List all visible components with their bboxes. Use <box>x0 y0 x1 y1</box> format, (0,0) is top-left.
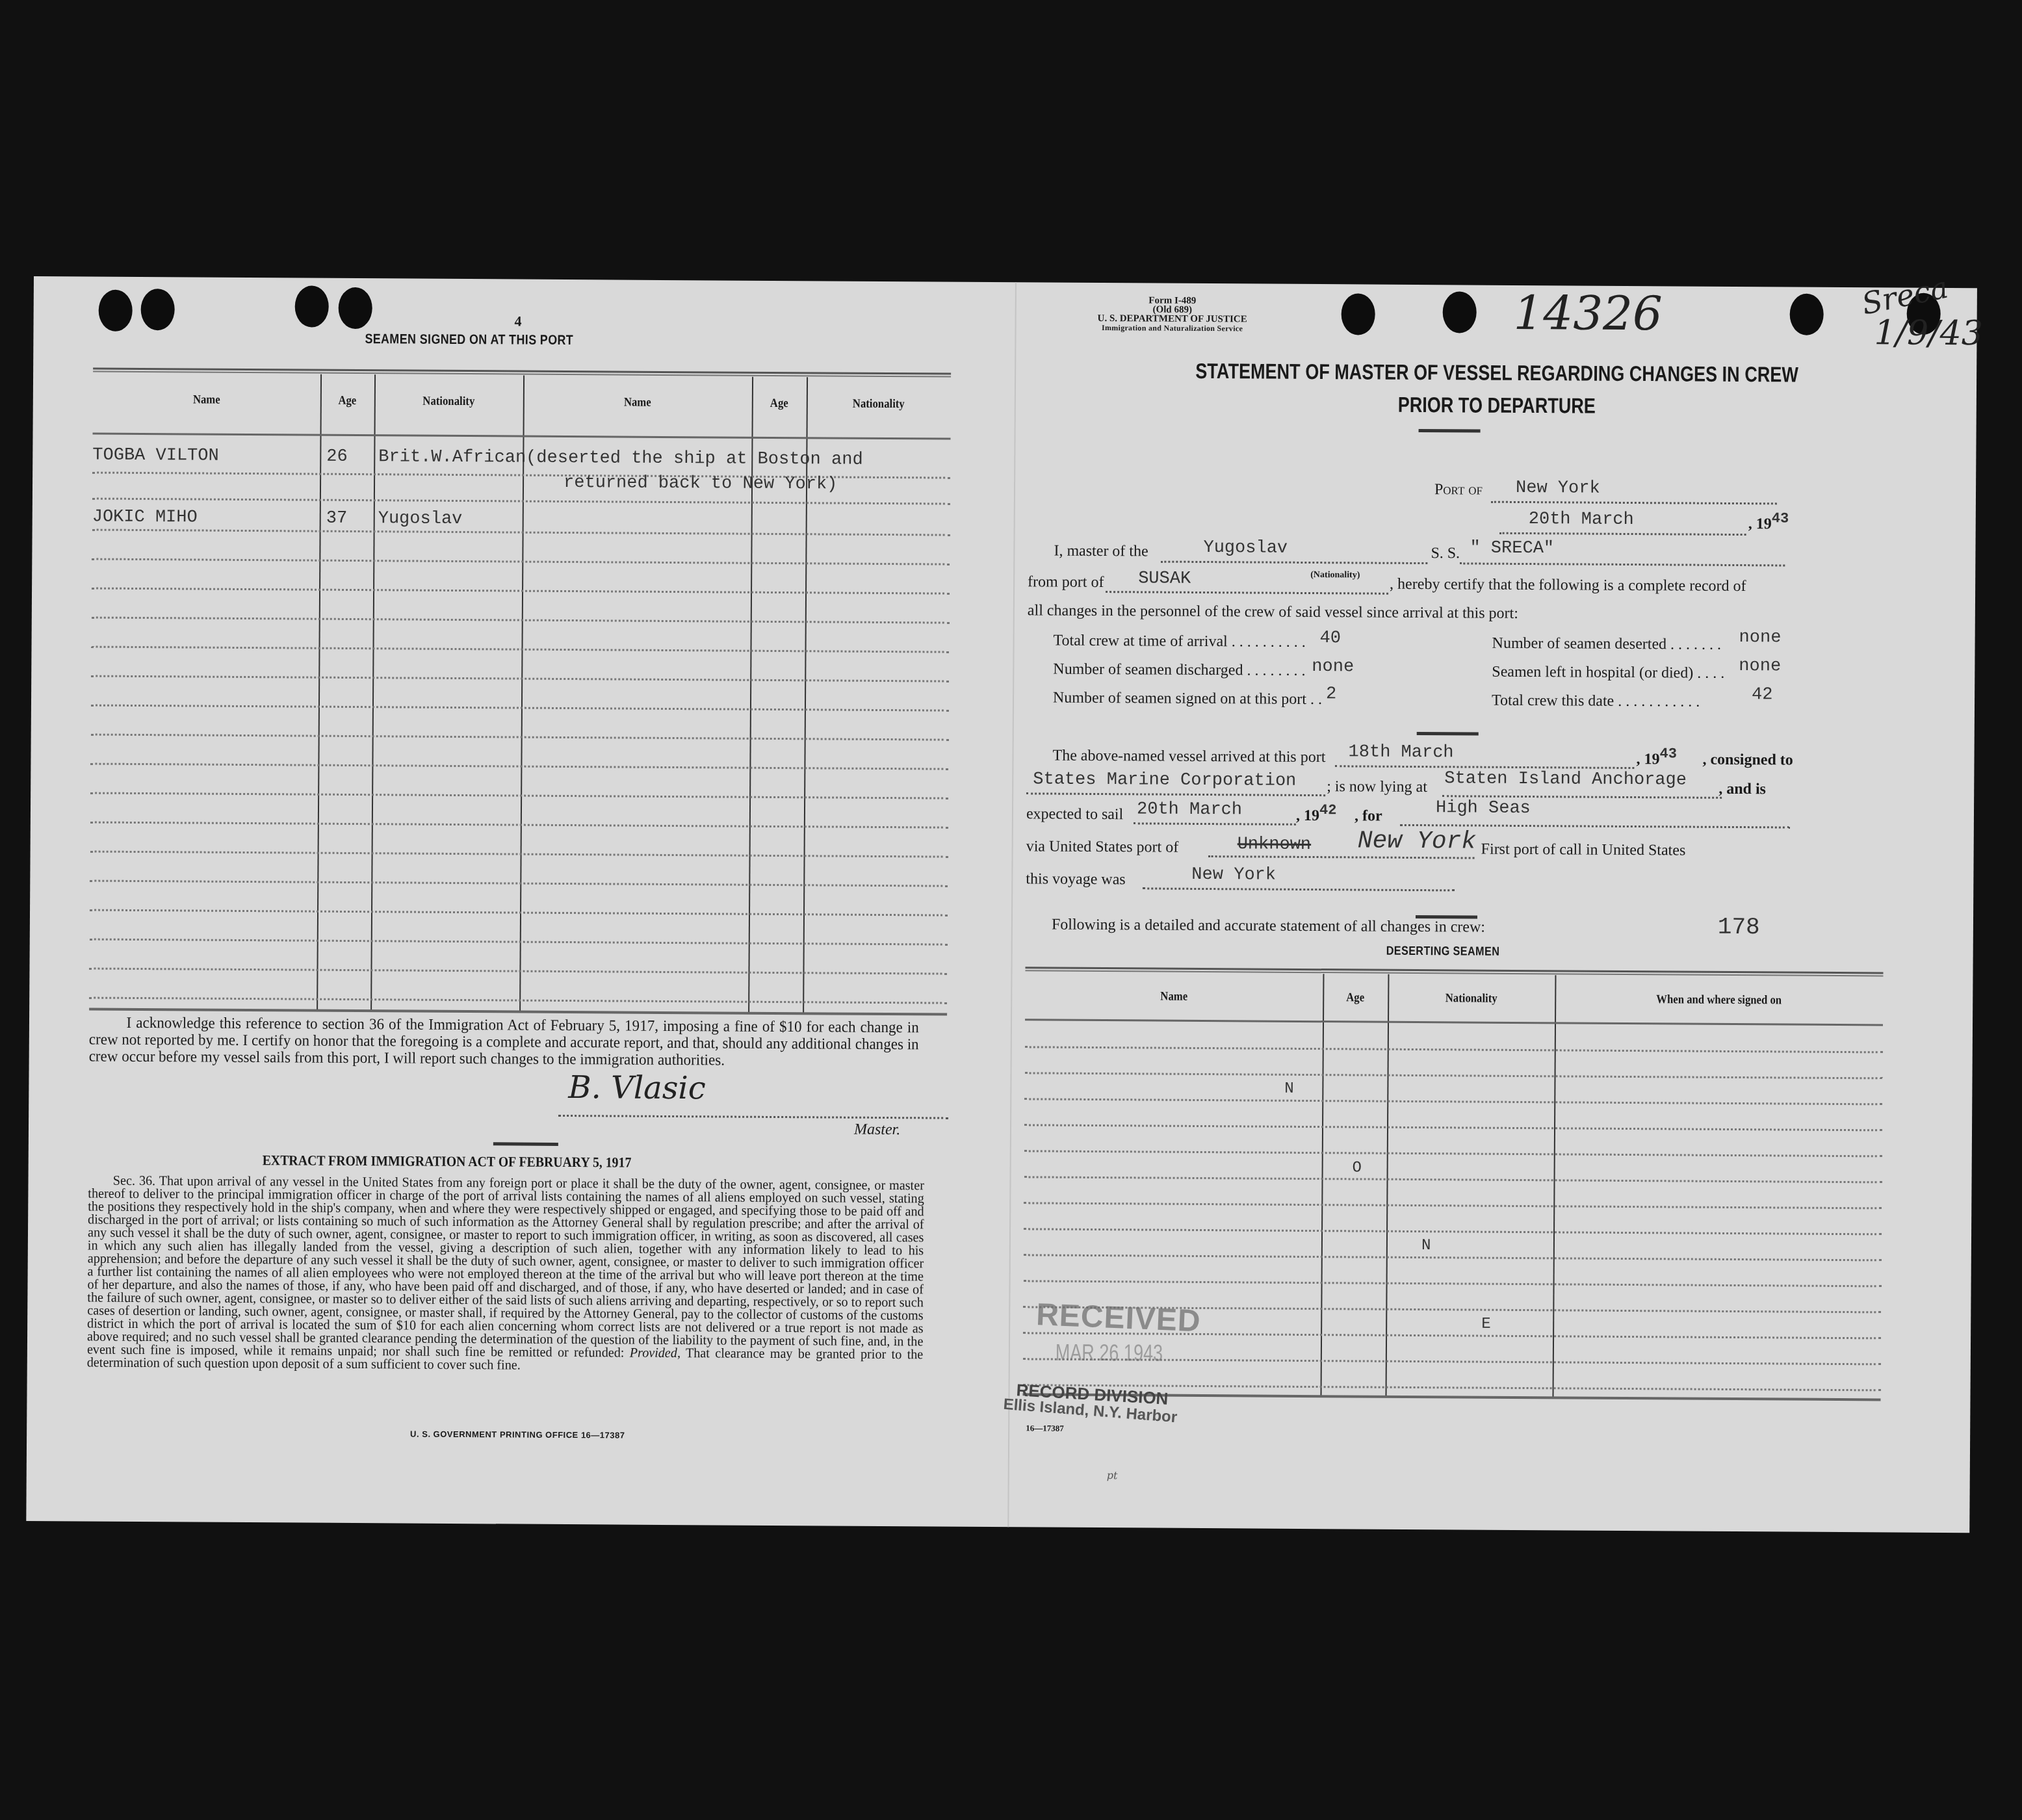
arrived-date: 18th March <box>1348 742 1453 762</box>
destination-value: High Seas <box>1436 798 1531 818</box>
stray-mark: pt <box>1107 1469 1118 1481</box>
via-label: via United States port of <box>1026 838 1179 856</box>
row-line <box>91 734 949 741</box>
master-label: I, master of the <box>1054 543 1148 561</box>
column-divider <box>1553 975 1557 1397</box>
statement-date: 20th March <box>1529 510 1634 530</box>
header-name: Name <box>107 393 307 408</box>
following-label: Following is a detailed and accurate sta… <box>1052 916 1485 937</box>
row-line <box>1025 1072 1883 1079</box>
punch-hole <box>1443 291 1477 333</box>
column-divider <box>748 377 753 1014</box>
form-i-489: Form I-489 (Old 689) U. S. DEPARTMENT OF… <box>1007 282 1977 1533</box>
certify-text: , hereby certify that the following is a… <box>1390 576 1746 595</box>
statement-year: , 1943 <box>1748 515 1789 533</box>
row-2-nationality: Yugoslav <box>378 509 463 529</box>
total-crew-date-label: Total crew this date . . . . . . . . . .… <box>1492 692 1700 711</box>
scanned-document: 4 SEAMEN SIGNED ON AT THIS PORT Name Age… <box>26 276 1977 1533</box>
row-line <box>91 675 949 682</box>
discharged-label: Number of seamen discharged . . . . . . … <box>1053 661 1305 680</box>
field-line <box>1208 855 1475 859</box>
none-marker-o: O <box>1353 1159 1362 1176</box>
row-1-note-continuation: returned back to New York) <box>564 473 837 495</box>
header-rule <box>1025 1019 1883 1026</box>
row-line <box>90 851 948 858</box>
field-line <box>1335 765 1634 769</box>
and-is-label: , and is <box>1718 781 1766 798</box>
row-line <box>1024 1254 1882 1261</box>
consignee-value: States Marine Corporation <box>1033 770 1296 790</box>
deserting-seamen-title: DESERTING SEAMEN <box>1386 944 1500 959</box>
row-line <box>92 558 950 565</box>
deserted-label: Number of seamen deserted . . . . . . . <box>1492 635 1722 654</box>
signed-on-label: Number of seamen signed on at this port … <box>1053 690 1322 709</box>
nationality-caption: (Nationality) <box>1310 570 1360 580</box>
row-line <box>89 968 947 975</box>
field-line <box>1106 591 1388 595</box>
hospital-label: Seamen left in hospital (or died) . . . … <box>1492 664 1724 682</box>
row-line <box>90 909 948 916</box>
row-line <box>89 997 947 1004</box>
none-marker-e: E <box>1481 1316 1491 1333</box>
deserted-value: none <box>1739 628 1782 647</box>
title-line-2: PRIOR TO DEPARTURE <box>1150 387 1843 424</box>
field-line <box>1161 561 1427 565</box>
form-identifier: Form I-489 (Old 689) U. S. DEPARTMENT OF… <box>1056 296 1290 333</box>
extract-body: Sec. 36. That upon arrival of any vessel… <box>87 1174 924 1374</box>
hospital-value: none <box>1739 656 1781 676</box>
header-nationality-2: Nationality <box>815 396 942 411</box>
lying-value: Staten Island Anchorage <box>1444 769 1687 790</box>
section-title-seamen-signed-on: SEAMEN SIGNED ON AT THIS PORT <box>365 331 573 348</box>
title-line-1: STATEMENT OF MASTER OF VESSEL REGARDING … <box>1150 354 1843 391</box>
first-port-label: First port of call in United States <box>1481 841 1686 860</box>
extract-title: EXTRACT FROM IMMIGRATION ACT OF FEBRUARY… <box>263 1152 632 1171</box>
from-port-label: from port of <box>1028 573 1104 591</box>
punch-hole <box>339 287 372 329</box>
row-line <box>92 617 950 624</box>
header-name-2: Name <box>537 395 738 411</box>
total-crew-arrival-label: Total crew at time of arrival . . . . . … <box>1054 632 1306 651</box>
total-crew-arrival-value: 40 <box>1320 629 1342 648</box>
punch-hole <box>98 290 132 331</box>
header-when-where: When and where signed on <box>1574 993 1863 1009</box>
file-number: 14326 <box>1513 285 1663 341</box>
page-number: 4 <box>515 313 522 330</box>
column-divider <box>370 374 376 1011</box>
row-line <box>91 705 949 712</box>
row-line <box>1024 1280 1882 1287</box>
form-title: STATEMENT OF MASTER OF VESSEL REGARDING … <box>1150 354 1844 424</box>
column-divider <box>519 376 525 1013</box>
row-line <box>90 763 948 770</box>
divider <box>1419 429 1481 433</box>
row-line <box>1024 1098 1882 1105</box>
extract-text: That upon arrival of any vessel in the U… <box>87 1173 924 1360</box>
field-line <box>1499 532 1746 536</box>
arrived-label: The above-named vessel arrived at this p… <box>1052 747 1325 767</box>
sail-year-suffix: 42 <box>1319 802 1337 818</box>
consigned-label: , consigned to <box>1702 751 1793 770</box>
row-1-name: TOGBA VILTON <box>92 446 219 466</box>
punch-hole <box>1341 293 1375 335</box>
field-line <box>1134 822 1296 825</box>
extract-provided: Provided, <box>630 1345 680 1360</box>
page-4-seamen-signed-on: 4 SEAMEN SIGNED ON AT THIS PORT Name Age… <box>26 276 1015 1527</box>
service: Immigration and Naturalization Service <box>1056 323 1290 333</box>
header-rule <box>93 433 951 440</box>
row-line <box>1024 1176 1882 1183</box>
lying-label: ; is now lying at <box>1327 778 1427 796</box>
header-age-2: Age <box>755 396 803 411</box>
discharged-value: none <box>1312 657 1354 677</box>
sail-year: , 1942 <box>1296 807 1337 825</box>
row-line <box>1025 1046 1883 1053</box>
row-line <box>90 792 948 799</box>
row-line <box>92 498 950 505</box>
master-signature: B. Vlasic <box>568 1069 706 1106</box>
divider <box>1417 732 1479 736</box>
field-line <box>1491 501 1777 505</box>
row-line <box>1024 1124 1882 1131</box>
voyage-label: this voyage was <box>1026 870 1125 889</box>
ss-label: S. S. <box>1431 545 1460 562</box>
row-line <box>90 880 948 887</box>
field-line <box>1143 887 1455 891</box>
punch-hole <box>1789 294 1823 335</box>
header-name: Name <box>1043 989 1305 1005</box>
row-1-age: 26 <box>326 447 348 467</box>
row-line <box>92 646 950 653</box>
master-label: Master. <box>854 1121 901 1139</box>
sail-date: 20th March <box>1137 799 1242 820</box>
divider <box>493 1142 558 1146</box>
acknowledgement-text: I acknowledge this reference to section … <box>89 1015 919 1071</box>
row-line <box>90 939 948 946</box>
ship-name: " SRECA" <box>1470 539 1554 559</box>
row-1-nationality: Brit.W.African(deserted the ship at Bost… <box>378 447 862 470</box>
row-line <box>92 529 950 536</box>
signature-line <box>558 1115 948 1119</box>
field-line <box>1460 562 1785 566</box>
via-handwritten-value: New York <box>1358 827 1477 855</box>
none-marker-n2: N <box>1421 1237 1431 1254</box>
row-line <box>1024 1202 1882 1209</box>
total-crew-date-value: 42 <box>1752 685 1773 705</box>
seamen-signed-on-table: Name Age Nationality Name Age Nationalit… <box>89 368 951 1017</box>
header-nationality: Nationality <box>383 394 515 409</box>
vessel-nationality: Yugoslav <box>1203 538 1288 558</box>
acknowledgement-paragraph: I acknowledge this reference to section … <box>89 1015 919 1071</box>
received-stamp: RECEIVED <box>1035 1297 1201 1339</box>
table-top-rule <box>93 368 951 378</box>
year-suffix: 43 <box>1772 510 1789 526</box>
received-stamp-date: MAR 26 1943 <box>1056 1339 1163 1367</box>
header-age: Age <box>1327 991 1384 1006</box>
voyage-value: New York <box>1191 865 1276 885</box>
for-label: , for <box>1354 807 1382 825</box>
stamp-number: 178 <box>1718 914 1760 941</box>
arrived-year-suffix: 43 <box>1659 746 1677 762</box>
table-top-rule <box>1025 967 1883 976</box>
column-divider <box>803 377 808 1014</box>
punch-hole <box>140 289 174 330</box>
none-marker-n: N <box>1284 1080 1294 1098</box>
row-2-name: JOKIC MIHO <box>92 508 198 528</box>
sail-label: expected to sail <box>1026 805 1123 824</box>
row-line <box>92 588 950 595</box>
column-divider <box>1321 974 1325 1396</box>
form-footer-number: 16—17387 <box>1026 1423 1064 1433</box>
via-struck-value: Unknown <box>1238 835 1312 855</box>
corner-date: 1/9/43 <box>1874 313 1983 353</box>
signed-on-value: 2 <box>1326 684 1336 704</box>
field-line <box>1026 792 1325 796</box>
punch-hole <box>295 285 329 327</box>
certify-text-2: all changes in the personnel of the crew… <box>1028 602 1518 623</box>
row-line <box>1024 1228 1882 1235</box>
column-divider <box>1386 974 1390 1397</box>
row-line <box>1024 1150 1882 1157</box>
column-divider <box>317 374 322 1011</box>
header-nationality: Nationality <box>1398 991 1545 1006</box>
from-port-value: SUSAK <box>1138 569 1191 588</box>
port-value: New York <box>1516 478 1600 499</box>
printer-line: U. S. GOVERNMENT PRINTING OFFICE 16—1738… <box>410 1429 625 1440</box>
row-2-age: 37 <box>326 509 348 528</box>
port-label: Port of <box>1434 481 1483 499</box>
row-line <box>90 822 948 829</box>
header-age: Age <box>324 394 371 408</box>
arrived-year: , 1943 <box>1636 751 1677 768</box>
year-prefix: 19 <box>1756 515 1772 532</box>
